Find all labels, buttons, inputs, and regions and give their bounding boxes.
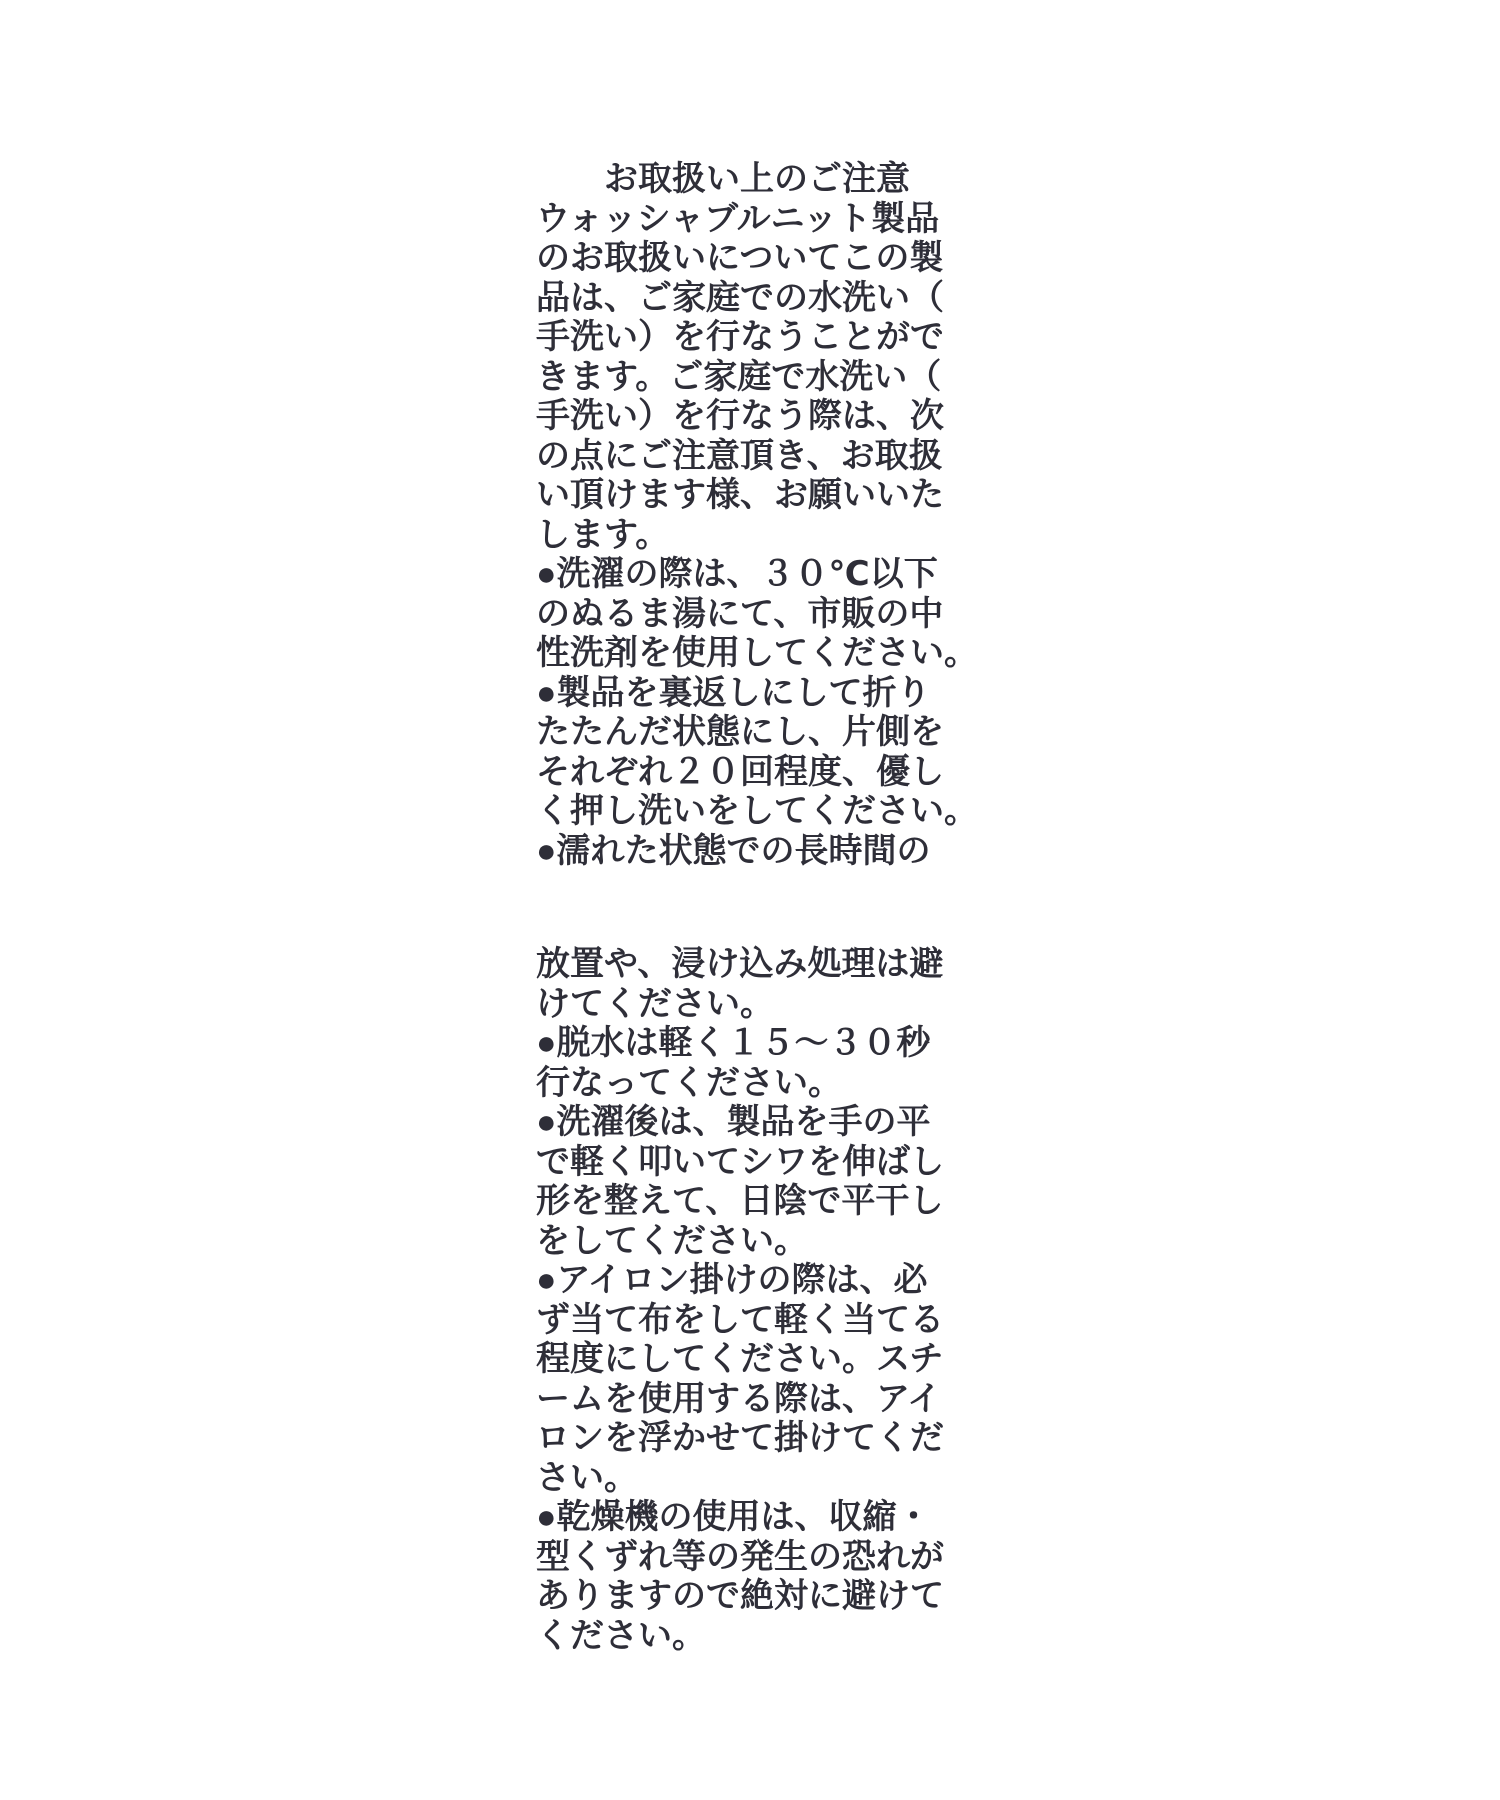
text-line: ●濡れた状態での長時間の bbox=[536, 832, 996, 872]
text-line: のぬるま湯にて、市販の中 bbox=[536, 595, 996, 635]
paragraph-gap bbox=[536, 871, 996, 945]
text-line: 放置や、浸け込み処理は避 bbox=[536, 945, 996, 985]
care-paragraph-washing: ウォッシャブルニット製品のお取扱いについてこの製品は、ご家庭での水洗い（手洗い）… bbox=[536, 200, 996, 872]
text-line: ームを使用する際は、アイ bbox=[536, 1380, 996, 1420]
text-line: ●洗濯の際は、３０℃以下 bbox=[536, 555, 996, 595]
text-line: い頂けます様、お願いいた bbox=[536, 476, 996, 516]
text-line: ●乾燥機の使用は、収縮・ bbox=[536, 1498, 996, 1538]
text-line: 形を整えて、日陰で平干し bbox=[536, 1182, 996, 1222]
text-line: それぞれ２０回程度、優し bbox=[536, 753, 996, 793]
text-line: ありますので絶対に避けて bbox=[536, 1577, 996, 1617]
text-line: きます。ご家庭で水洗い（ bbox=[536, 358, 996, 398]
text-line: ●脱水は軽く１５～３０秒 bbox=[536, 1024, 996, 1064]
text-line: ロンを浮かせて掛けてくだ bbox=[536, 1419, 996, 1459]
text-line: します。 bbox=[536, 516, 996, 556]
text-line: 品は、ご家庭での水洗い（ bbox=[536, 279, 996, 319]
text-line: の点にご注意頂き、お取扱 bbox=[536, 437, 996, 477]
text-line: で軽く叩いてシワを伸ばし bbox=[536, 1143, 996, 1183]
text-line: ●アイロン掛けの際は、必 bbox=[536, 1261, 996, 1301]
text-line: ウォッシャブルニット製品 bbox=[536, 200, 996, 240]
text-line: 手洗い）を行なう際は、次 bbox=[536, 397, 996, 437]
care-paragraph-drying-ironing: 放置や、浸け込み処理は避けてください。●脱水は軽く１５～３０秒行なってください。… bbox=[536, 945, 996, 1656]
text-line: 行なってください。 bbox=[536, 1064, 996, 1104]
text-line: 手洗い）を行なうことがで bbox=[536, 318, 996, 358]
text-line: ず当て布をして軽く当てる bbox=[536, 1301, 996, 1341]
text-line: 性洗剤を使用してください。 bbox=[536, 634, 996, 674]
text-line: く押し洗いをしてください。 bbox=[536, 792, 996, 832]
text-line: ●洗濯後は、製品を手の平 bbox=[536, 1103, 996, 1143]
text-line: ください。 bbox=[536, 1617, 996, 1657]
care-instructions-document: お取扱い上のご注意 ウォッシャブルニット製品のお取扱いについてこの製品は、ご家庭… bbox=[536, 160, 996, 1656]
text-line: けてください。 bbox=[536, 985, 996, 1025]
text-line: たたんだ状態にし、片側を bbox=[536, 713, 996, 753]
text-line: 程度にしてください。スチ bbox=[536, 1340, 996, 1380]
text-line: のお取扱いについてこの製 bbox=[536, 239, 996, 279]
text-line: をしてください。 bbox=[536, 1222, 996, 1262]
text-line: さい。 bbox=[536, 1459, 996, 1499]
document-title: お取扱い上のご注意 bbox=[536, 160, 996, 200]
text-line: 型くずれ等の発生の恐れが bbox=[536, 1538, 996, 1578]
text-line: ●製品を裏返しにして折り bbox=[536, 674, 996, 714]
